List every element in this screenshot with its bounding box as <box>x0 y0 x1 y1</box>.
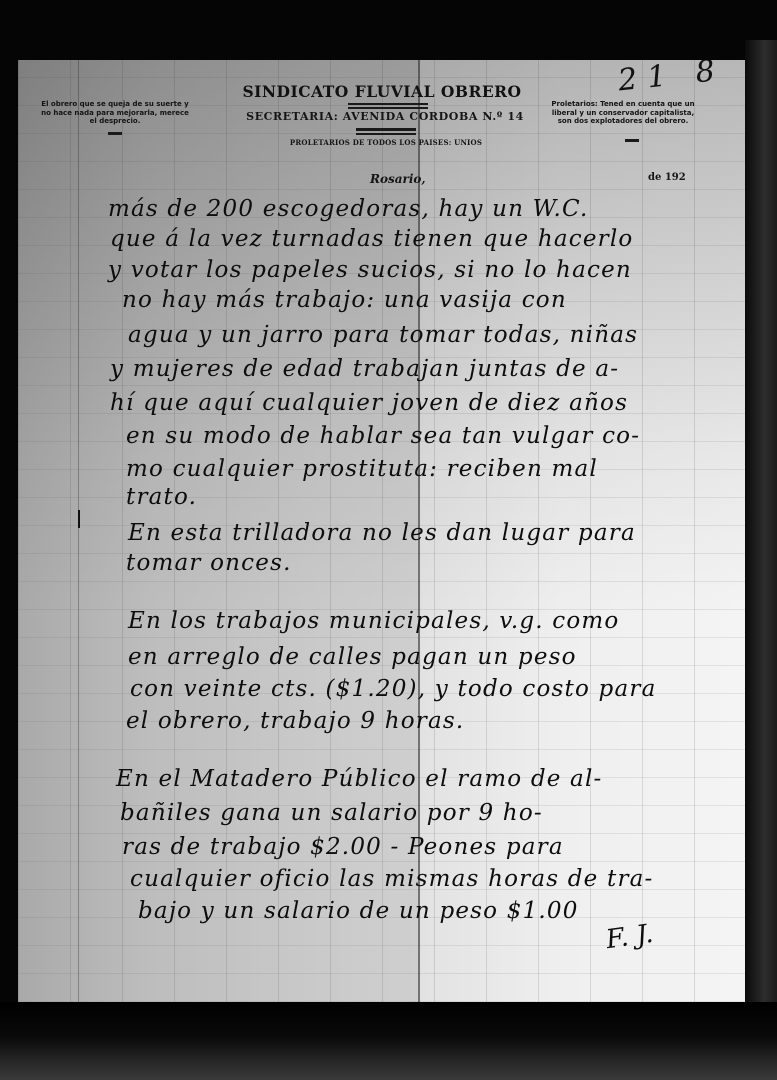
handwritten-line: En el Matadero Público el ramo de al- <box>116 766 603 792</box>
handwritten-line: con veinte cts. ($1.20), y todo costo pa… <box>130 676 657 702</box>
handwritten-line: ras de trabajo $2.00 - Peones para <box>122 834 564 860</box>
scan-background-right <box>745 40 777 1080</box>
handwritten-line: agua y un jarro para tomar todas, niñas <box>128 322 638 348</box>
handwritten-line: el obrero, trabajo 9 horas. <box>126 708 464 734</box>
scan-background-bottom <box>0 1002 777 1080</box>
handwritten-line: En los trabajos municipales, v.g. como <box>128 608 619 634</box>
letter-page: El obrero que se queja de su suerte y no… <box>18 60 745 1002</box>
handwritten-line: más de 200 escogedoras, hay un W.C. <box>108 196 588 222</box>
handwritten-line: en su modo de hablar sea tan vulgar co- <box>126 423 640 449</box>
handwritten-line: trato. <box>126 484 197 510</box>
handwritten-line: bañiles gana un salario por 9 ho- <box>120 800 543 826</box>
handwritten-body: más de 200 escogedoras, hay un W.C. que … <box>18 60 745 1002</box>
handwritten-line: En esta trilladora no les dan lugar para <box>128 520 636 546</box>
handwritten-line: y votar los papeles sucios, si no lo hac… <box>108 257 632 283</box>
handwritten-line: que á la vez turnadas tienen que hacerlo <box>110 226 633 252</box>
handwritten-line: no hay más trabajo: una vasija con <box>122 287 567 313</box>
handwritten-line: en arreglo de calles pagan un peso <box>128 644 577 670</box>
handwritten-line: y mujeres de edad trabajan juntas de a- <box>110 356 619 382</box>
handwritten-line: hí que aquí cualquier joven de diez años <box>110 390 628 416</box>
signature: F. J. <box>604 919 655 955</box>
handwritten-line: cualquier oficio las mismas horas de tra… <box>130 866 654 892</box>
handwritten-line: tomar onces. <box>126 550 292 576</box>
handwritten-line: bajo y un salario de un peso $1.00 <box>138 898 579 924</box>
handwritten-line: mo cualquier prostituta: reciben mal <box>126 456 598 482</box>
